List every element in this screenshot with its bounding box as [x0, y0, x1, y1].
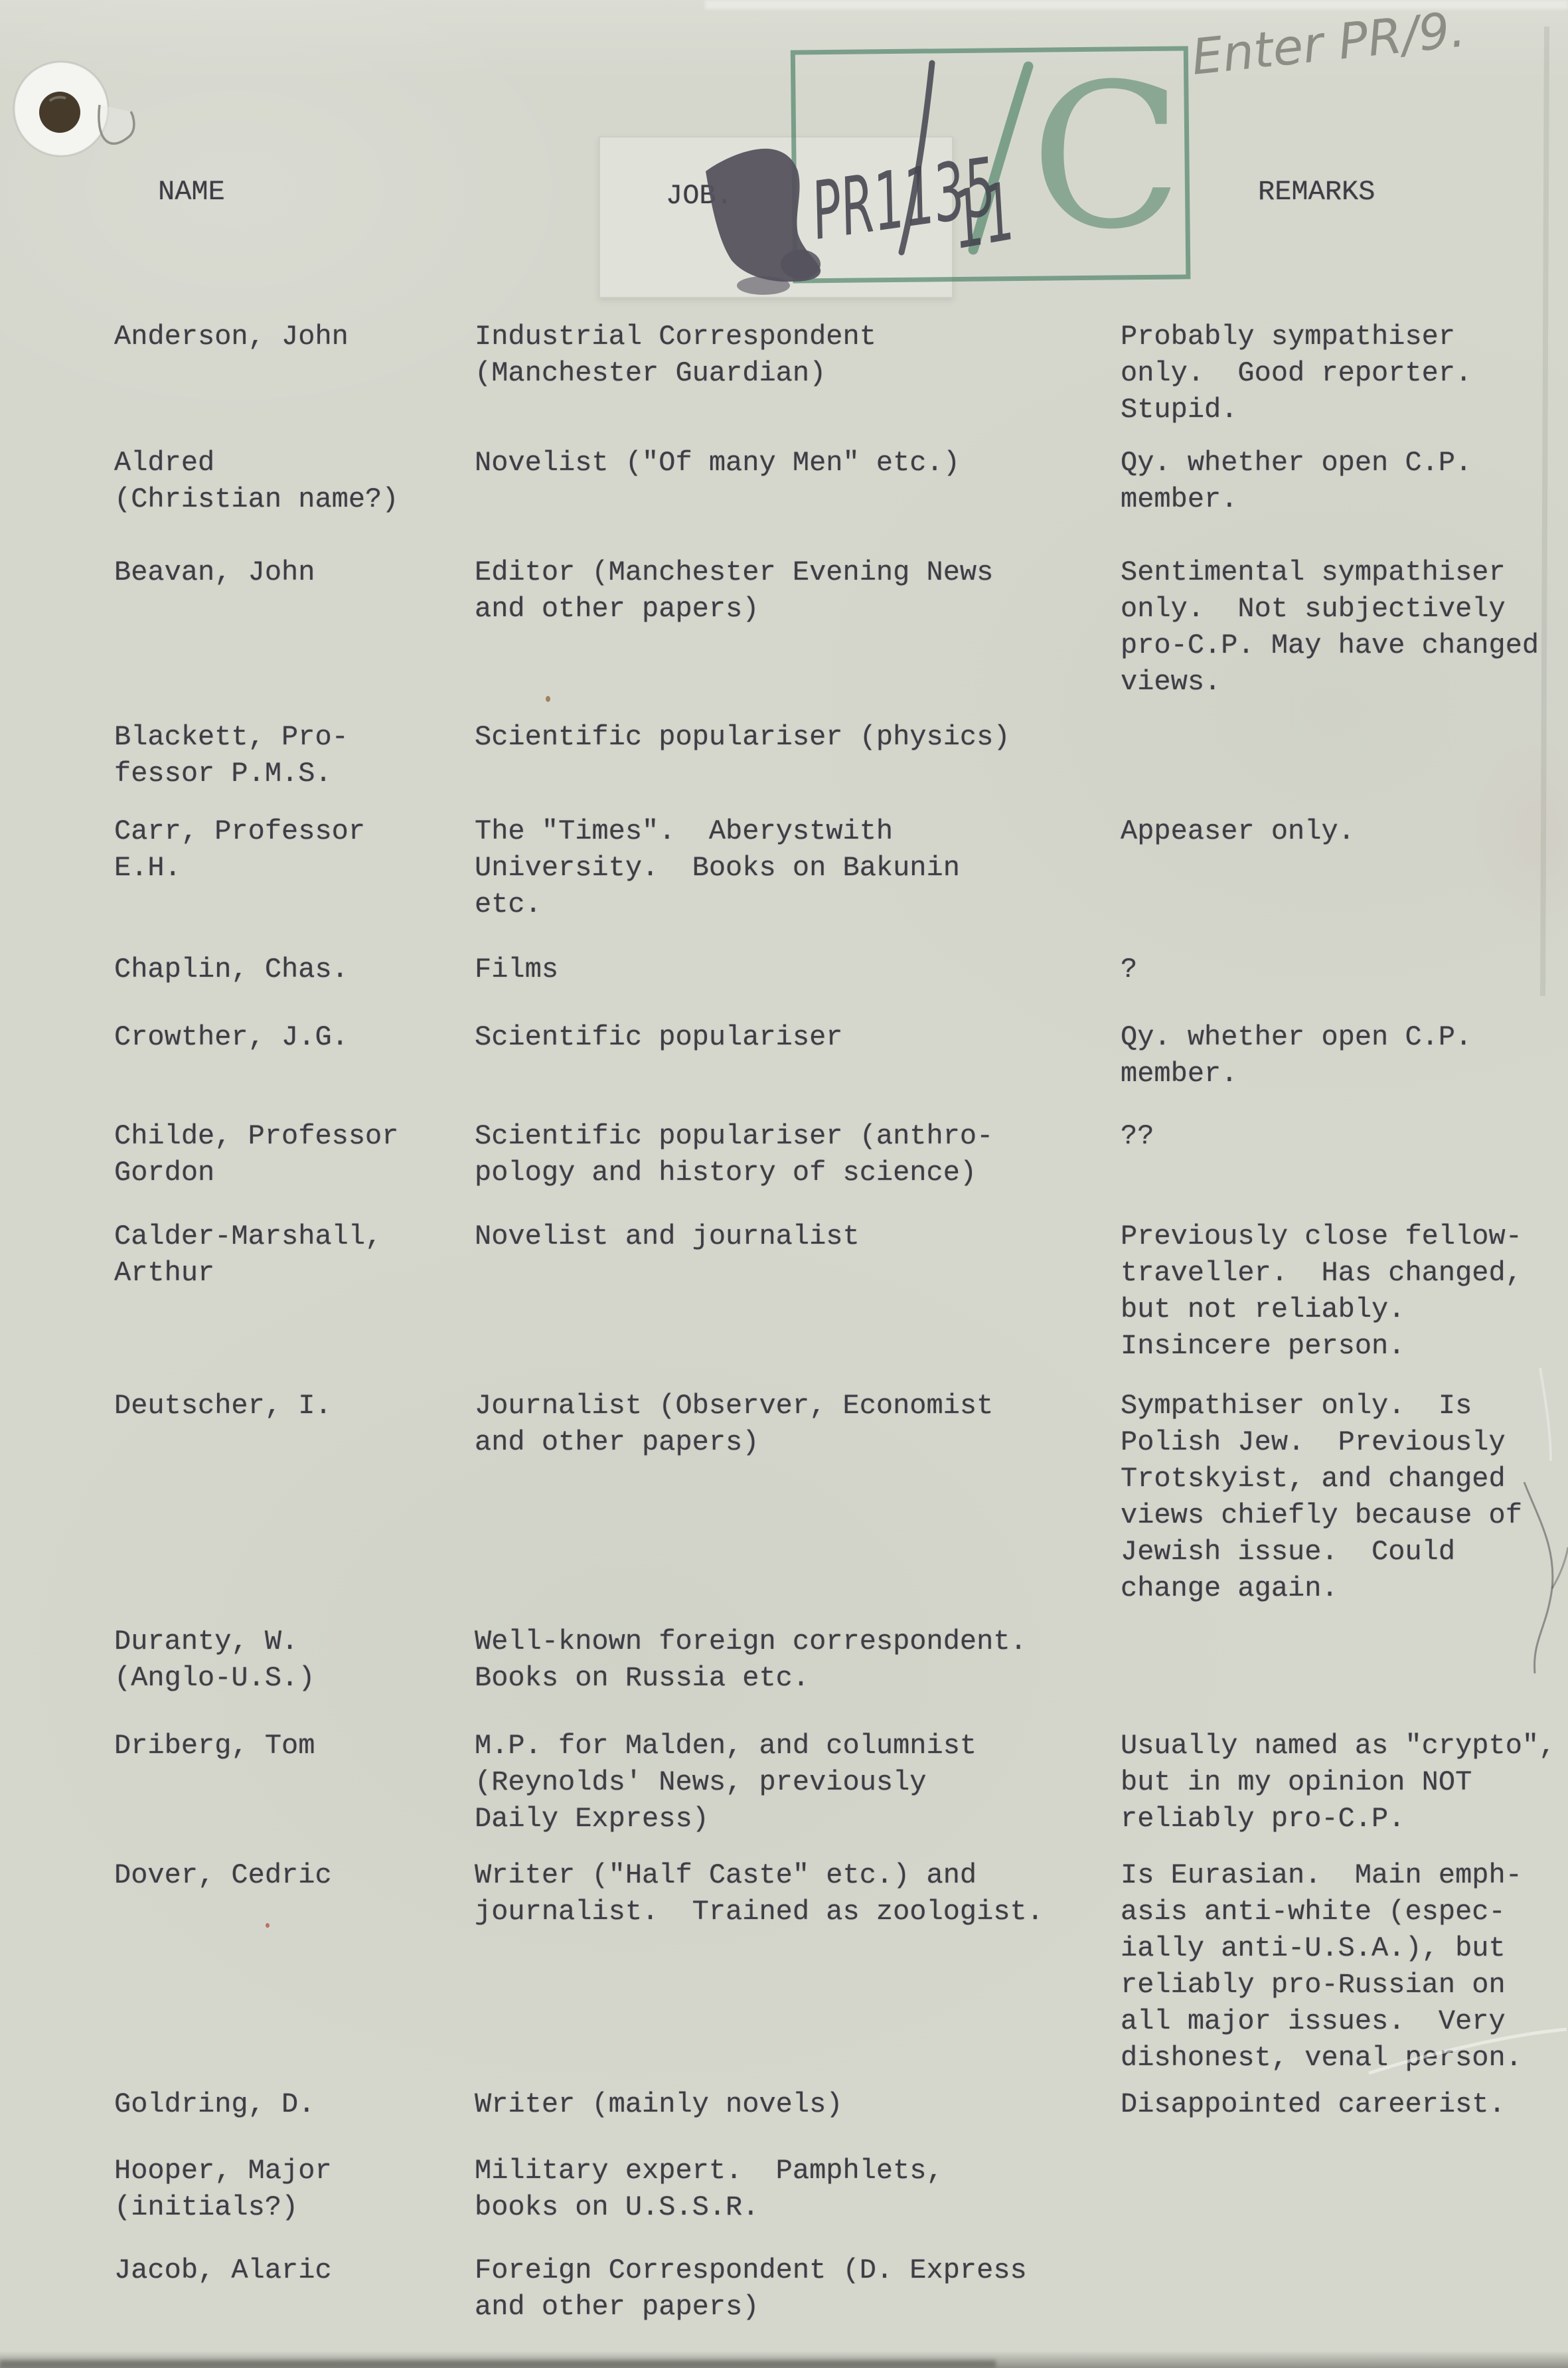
- person-name: Carr, Professor E.H.: [114, 813, 473, 887]
- person-job: Well-known foreign correspondent. Books …: [475, 1624, 1102, 1697]
- person-job: The "Times". Aberystwith University. Boo…: [475, 813, 1102, 923]
- person-job: Novelist ("Of many Men" etc.): [475, 445, 1102, 481]
- person-remarks: Qy. whether open C.P. member.: [1121, 1019, 1567, 1092]
- person-job: Novelist and journalist: [475, 1219, 1102, 1255]
- person-remarks: Sympathiser only. Is Polish Jew. Previou…: [1121, 1388, 1567, 1607]
- person-name: Deutscher, I.: [114, 1388, 473, 1424]
- hole-punch: [14, 62, 108, 156]
- person-job: Scientific populariser (anthro- pology a…: [475, 1118, 1102, 1191]
- person-name: Crowther, J.G.: [114, 1019, 473, 1056]
- stamp-slash: [973, 66, 1028, 250]
- paper-bottom-edge-shadow: [0, 2360, 996, 2368]
- person-name: Childe, Professor Gordon: [114, 1118, 473, 1191]
- person-job: M.P. for Malden, and columnist (Reynolds…: [475, 1728, 1102, 1837]
- person-remarks: Previously close fellow- traveller. Has …: [1121, 1219, 1567, 1365]
- person-name: Blackett, Pro- fessor P.M.S.: [114, 719, 473, 792]
- person-name: Driberg, Tom: [114, 1728, 473, 1764]
- person-job: Foreign Correspondent (D. Express and ot…: [475, 2252, 1102, 2326]
- pencil-note: Enter PR/9.: [1189, 1, 1468, 86]
- tape-patch: [599, 136, 953, 298]
- column-header-job: JOB.: [666, 178, 733, 214]
- person-remarks: Usually named as "crypto", but in my opi…: [1121, 1728, 1567, 1837]
- person-job: Writer ("Half Caste" etc.) and journalis…: [475, 1857, 1102, 1930]
- column-header-name: NAME: [158, 174, 225, 211]
- person-job: Editor (Manchester Evening News and othe…: [475, 554, 1102, 628]
- person-job: Industrial Correspondent (Manchester Gua…: [475, 319, 1102, 392]
- column-header-remarks: REMARKS: [1258, 174, 1375, 211]
- stamp-letter: C: [1030, 41, 1183, 273]
- person-remarks: Probably sympathiser only. Good reporter…: [1121, 319, 1567, 428]
- person-remarks: ?: [1121, 952, 1567, 988]
- person-name: Chaplin, Chas.: [114, 952, 473, 988]
- paper-speck: [546, 696, 550, 702]
- person-remarks: Appeaser only.: [1121, 813, 1567, 850]
- person-remarks: Disappointed careerist.: [1121, 2086, 1567, 2123]
- person-name: Goldring, D.: [114, 2086, 473, 2123]
- person-name: Duranty, W. (Anglo-U.S.): [114, 1624, 473, 1697]
- person-job: Journalist (Observer, Economist and othe…: [475, 1388, 1102, 1461]
- person-job: Scientific populariser: [475, 1019, 1102, 1056]
- person-name: Hooper, Major (initials?): [114, 2153, 473, 2226]
- person-remarks: Is Eurasian. Main emph- asis anti-white …: [1121, 1857, 1567, 2076]
- person-job: Writer (mainly novels): [475, 2086, 1102, 2123]
- person-remarks: ??: [1121, 1118, 1567, 1155]
- paper-top-edge: [705, 0, 1568, 9]
- svg-text:11: 11: [946, 165, 1022, 267]
- person-job: Films: [475, 952, 1102, 988]
- person-remarks: Sentimental sympathiser only. Not subjec…: [1121, 554, 1567, 701]
- person-remarks: Qy. whether open C.P. member.: [1121, 445, 1567, 518]
- paper-speck: [266, 1923, 270, 1928]
- person-job: Scientific populariser (physics): [475, 719, 1102, 756]
- person-name: Anderson, John: [114, 319, 473, 355]
- person-name: Dover, Cedric: [114, 1857, 473, 1894]
- person-name: Calder-Marshall, Arthur: [114, 1219, 473, 1292]
- person-name: Aldred (Christian name?): [114, 445, 473, 518]
- document-page: NAME JOB. REMARKS Anderson, John Industr…: [0, 0, 1568, 2368]
- paper-tear-mark: [99, 105, 134, 143]
- person-name: Beavan, John: [114, 554, 473, 591]
- person-name: Jacob, Alaric: [114, 2252, 473, 2289]
- person-job: Military expert. Pamphlets, books on U.S…: [475, 2153, 1102, 2226]
